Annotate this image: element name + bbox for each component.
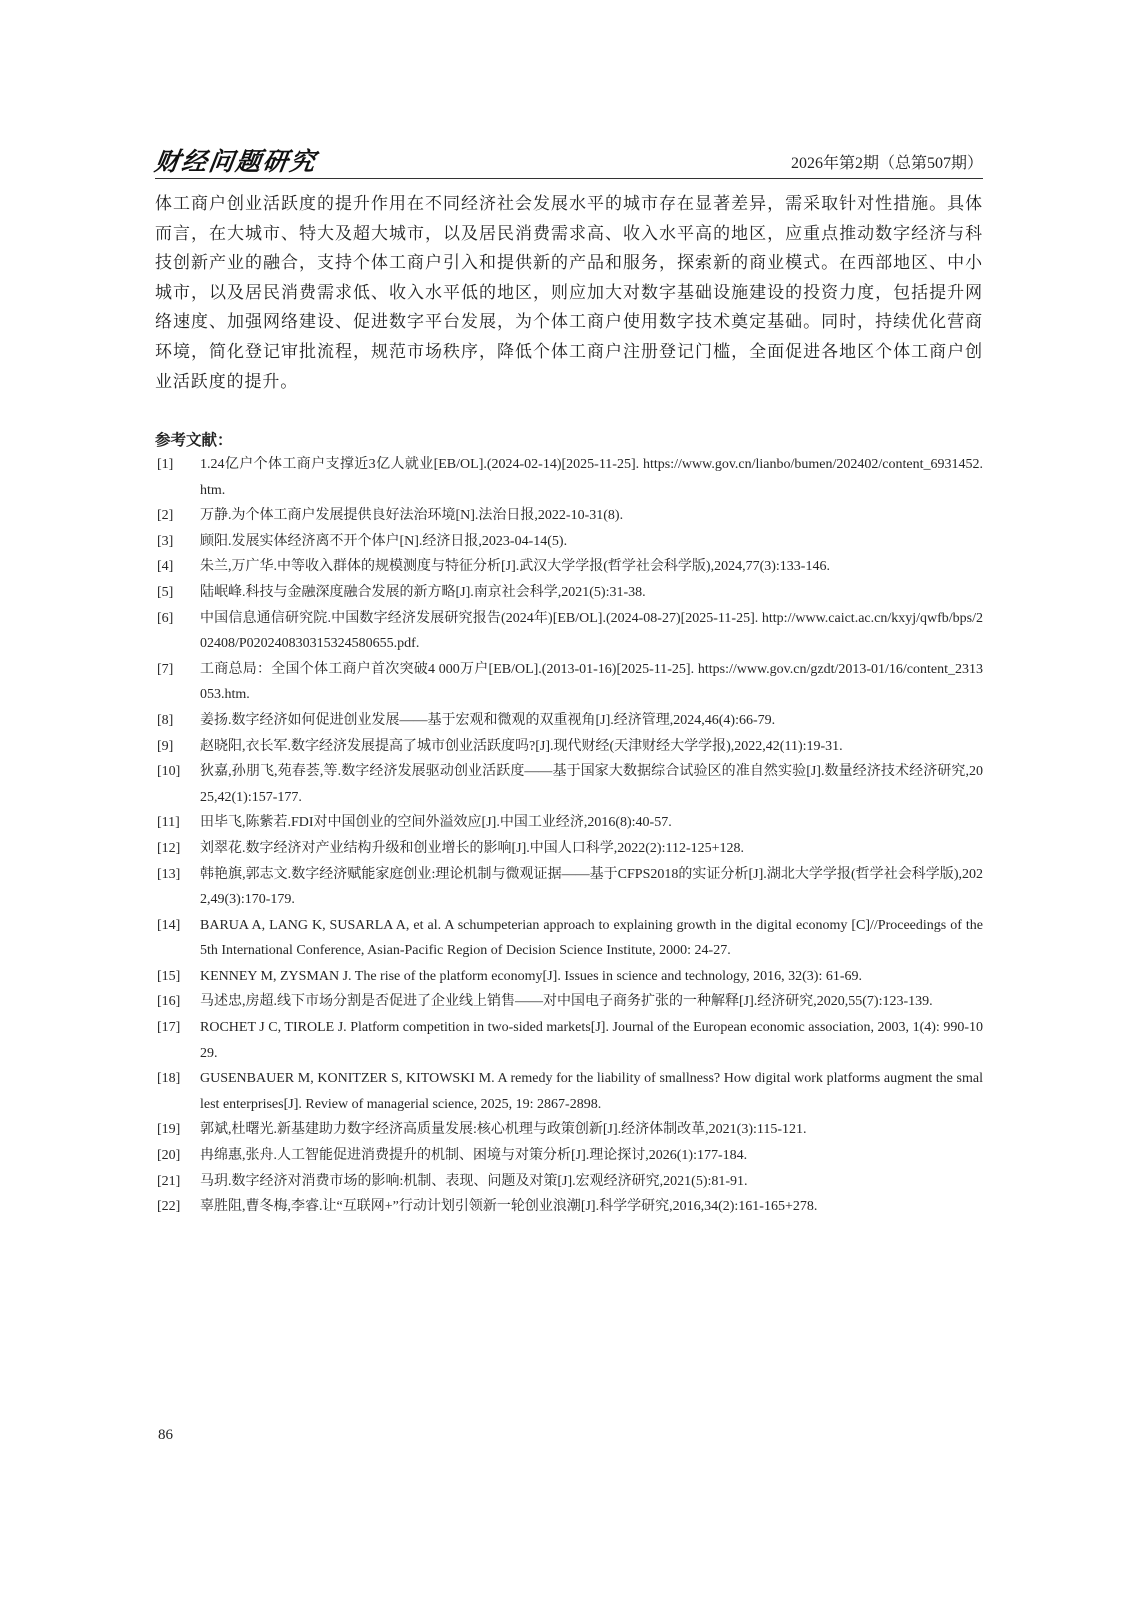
- reference-text: 马玥.数字经济对消费市场的影响:机制、表现、问题及对策[J].宏观经济研究,20…: [200, 1174, 748, 1189]
- reference-text: 赵晓阳,衣长军.数字经济发展提高了城市创业活跃度吗?[J].现代财经(天津财经大…: [200, 739, 843, 754]
- reference-number: [7]: [157, 657, 173, 683]
- reference-text: 马述忠,房超.线下市场分割是否促进了企业线上销售——对中国电子商务扩张的一种解释…: [200, 994, 933, 1009]
- reference-text: 冉绵惠,张舟.人工智能促进消费提升的机制、困境与对策分析[J].理论探讨,202…: [200, 1148, 747, 1163]
- reference-number: [13]: [157, 862, 180, 888]
- reference-number: [12]: [157, 836, 180, 862]
- reference-number: [15]: [157, 964, 180, 990]
- reference-number: [3]: [157, 529, 173, 555]
- reference-item: [19]郭斌,杜曙光.新基建助力数字经济高质量发展:核心机理与政策创新[J].经…: [155, 1117, 983, 1143]
- reference-number: [4]: [157, 554, 173, 580]
- journal-logo: 财经问题研究: [152, 142, 319, 178]
- reference-number: [9]: [157, 734, 173, 760]
- reference-item: [12]刘翠花.数字经济对产业结构升级和创业增长的影响[J].中国人口科学,20…: [155, 836, 983, 862]
- references-list: [1]1.24亿户个体工商户支撑近3亿人就业[EB/OL].(2024-02-1…: [155, 452, 983, 1220]
- reference-item: [18]GUSENBAUER M, KONITZER S, KITOWSKI M…: [155, 1066, 983, 1117]
- reference-text: 工商总局：全国个体工商户首次突破4 000万户[EB/OL].(2013-01-…: [200, 662, 983, 703]
- reference-text: 1.24亿户个体工商户支撑近3亿人就业[EB/OL].(2024-02-14)[…: [200, 457, 983, 498]
- reference-number: [5]: [157, 580, 173, 606]
- reference-item: [5]陆岷峰.科技与金融深度融合发展的新方略[J].南京社会科学,2021(5)…: [155, 580, 983, 606]
- reference-number: [8]: [157, 708, 173, 734]
- reference-item: [13]韩艳旗,郭志文.数字经济赋能家庭创业:理论机制与微观证据——基于CFPS…: [155, 862, 983, 913]
- reference-item: [8]姜扬.数字经济如何促进创业发展——基于宏观和微观的双重视角[J].经济管理…: [155, 708, 983, 734]
- reference-text: KENNEY M, ZYSMAN J. The rise of the plat…: [200, 969, 862, 984]
- reference-item: [16]马述忠,房超.线下市场分割是否促进了企业线上销售——对中国电子商务扩张的…: [155, 989, 983, 1015]
- reference-item: [4]朱兰,万广华.中等收入群体的规模测度与特征分析[J].武汉大学学报(哲学社…: [155, 554, 983, 580]
- reference-item: [7]工商总局：全国个体工商户首次突破4 000万户[EB/OL].(2013-…: [155, 657, 983, 708]
- reference-item: [17]ROCHET J C, TIROLE J. Platform compe…: [155, 1015, 983, 1066]
- reference-number: [2]: [157, 503, 173, 529]
- reference-item: [9]赵晓阳,衣长军.数字经济发展提高了城市创业活跃度吗?[J].现代财经(天津…: [155, 734, 983, 760]
- reference-number: [20]: [157, 1143, 180, 1169]
- reference-number: [22]: [157, 1194, 180, 1220]
- reference-item: [3]顾阳.发展实体经济离不开个体户[N].经济日报,2023-04-14(5)…: [155, 529, 983, 555]
- reference-text: 田毕飞,陈紫若.FDI对中国创业的空间外溢效应[J].中国工业经济,2016(8…: [200, 815, 672, 830]
- reference-number: [19]: [157, 1117, 180, 1143]
- reference-text: 韩艳旗,郭志文.数字经济赋能家庭创业:理论机制与微观证据——基于CFPS2018…: [200, 867, 983, 908]
- reference-text: ROCHET J C, TIROLE J. Platform competiti…: [200, 1020, 983, 1061]
- reference-text: 朱兰,万广华.中等收入群体的规模测度与特征分析[J].武汉大学学报(哲学社会科学…: [200, 559, 830, 574]
- reference-item: [11]田毕飞,陈紫若.FDI对中国创业的空间外溢效应[J].中国工业经济,20…: [155, 810, 983, 836]
- reference-text: 万静.为个体工商户发展提供良好法治环境[N].法治日报,2022-10-31(8…: [200, 508, 623, 523]
- issue-info: 2026年第2期（总第507期）: [791, 150, 983, 173]
- reference-text: 中国信息通信研究院.中国数字经济发展研究报告(2024年)[EB/OL].(20…: [200, 611, 983, 652]
- page-number: 86: [158, 1427, 173, 1444]
- reference-item: [6]中国信息通信研究院.中国数字经济发展研究报告(2024年)[EB/OL].…: [155, 606, 983, 657]
- reference-item: [10]狄嘉,孙朋飞,苑春荟,等.数字经济发展驱动创业活跃度——基于国家大数据综…: [155, 759, 983, 810]
- reference-number: [11]: [157, 810, 180, 836]
- reference-item: [20]冉绵惠,张舟.人工智能促进消费提升的机制、困境与对策分析[J].理论探讨…: [155, 1143, 983, 1169]
- reference-number: [16]: [157, 989, 180, 1015]
- reference-text: 顾阳.发展实体经济离不开个体户[N].经济日报,2023-04-14(5).: [200, 534, 567, 549]
- reference-item: [1]1.24亿户个体工商户支撑近3亿人就业[EB/OL].(2024-02-1…: [155, 452, 983, 503]
- reference-text: BARUA A, LANG K, SUSARLA A, et al. A sch…: [200, 918, 983, 959]
- reference-number: [17]: [157, 1015, 180, 1041]
- reference-item: [22]辜胜阻,曹冬梅,李睿.让“互联网+”行动计划引领新一轮创业浪潮[J].科…: [155, 1194, 983, 1220]
- body-paragraph: 体工商户创业活跃度的提升作用在不同经济社会发展水平的城市存在显著差异，需采取针对…: [155, 190, 983, 397]
- reference-item: [14]BARUA A, LANG K, SUSARLA A, et al. A…: [155, 913, 983, 964]
- references-title: 参考文献：: [155, 428, 233, 450]
- reference-item: [21]马玥.数字经济对消费市场的影响:机制、表现、问题及对策[J].宏观经济研…: [155, 1169, 983, 1195]
- reference-text: GUSENBAUER M, KONITZER S, KITOWSKI M. A …: [200, 1071, 983, 1112]
- reference-text: 姜扬.数字经济如何促进创业发展——基于宏观和微观的双重视角[J].经济管理,20…: [200, 713, 775, 728]
- reference-text: 刘翠花.数字经济对产业结构升级和创业增长的影响[J].中国人口科学,2022(2…: [200, 841, 744, 856]
- reference-text: 狄嘉,孙朋飞,苑春荟,等.数字经济发展驱动创业活跃度——基于国家大数据综合试验区…: [200, 764, 983, 805]
- reference-text: 辜胜阻,曹冬梅,李睿.让“互联网+”行动计划引领新一轮创业浪潮[J].科学学研究…: [200, 1199, 817, 1214]
- reference-number: [1]: [157, 452, 173, 478]
- reference-text: 陆岷峰.科技与金融深度融合发展的新方略[J].南京社会科学,2021(5):31…: [200, 585, 646, 600]
- running-header: 财经问题研究 2026年第2期（总第507期）: [155, 142, 983, 179]
- reference-item: [2]万静.为个体工商户发展提供良好法治环境[N].法治日报,2022-10-3…: [155, 503, 983, 529]
- reference-text: 郭斌,杜曙光.新基建助力数字经济高质量发展:核心机理与政策创新[J].经济体制改…: [200, 1122, 807, 1137]
- reference-number: [10]: [157, 759, 180, 785]
- reference-item: [15]KENNEY M, ZYSMAN J. The rise of the …: [155, 964, 983, 990]
- reference-number: [6]: [157, 606, 173, 632]
- reference-number: [21]: [157, 1169, 180, 1195]
- reference-number: [14]: [157, 913, 180, 939]
- reference-number: [18]: [157, 1066, 180, 1092]
